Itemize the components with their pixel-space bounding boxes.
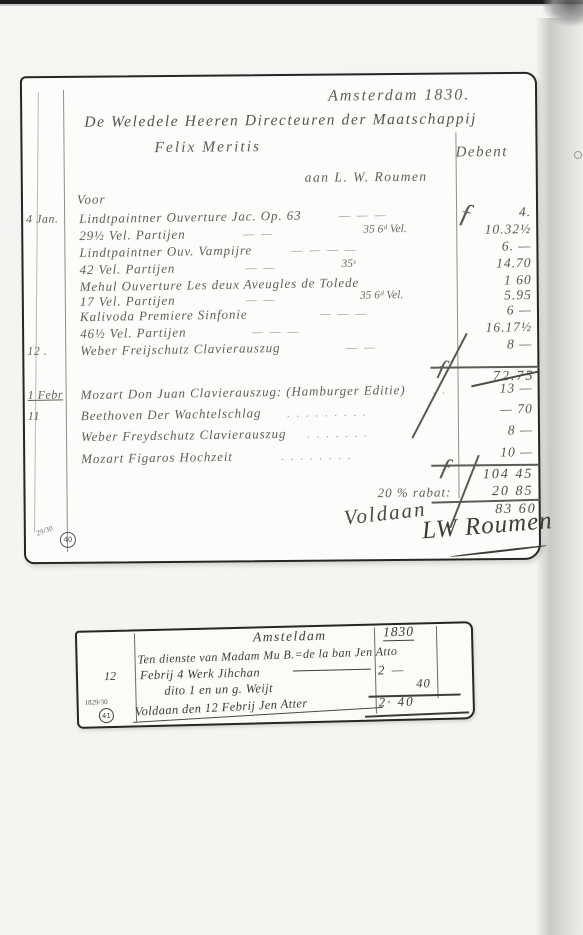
item-amount: 8 — — [465, 422, 533, 439]
slip-place: Amsteldam — [253, 628, 327, 646]
item-desc: Mozart Figaros Hochzeit — [81, 449, 233, 467]
filler-dashes: — — — — [252, 326, 301, 339]
item-note: 35ˢ — [341, 258, 355, 270]
slip-archive-mark: 1829/30 — [85, 698, 108, 707]
archive-stamp-number: 40 — [60, 532, 76, 548]
signature-flourish — [450, 545, 548, 558]
slip-stamp-number: 41 — [99, 708, 114, 723]
item-date: 4 Jan. — [26, 211, 66, 227]
paid-label: Voldaan — [343, 496, 428, 530]
total-amount: 104 45 — [468, 467, 533, 484]
filler-dashes: — — — — [339, 209, 388, 222]
item-amount: 6 — — [464, 302, 532, 319]
item-amount: 13 — — [464, 380, 532, 397]
receipt-slip: Amsteldam 1830 Ten dienste van Madam Mu … — [75, 621, 475, 729]
item-desc: 42 Vel. Partijen — [79, 261, 175, 279]
supplier-line: aan L. W. Roumen — [305, 169, 428, 186]
filler-dots: . . — [433, 384, 447, 396]
item-note: 35 6ᵈ Vel. — [363, 223, 407, 236]
debent-label: Debent — [455, 144, 507, 161]
slip-row-amount: 2· 40 — [379, 693, 457, 711]
item-note: 35 6ᵈ Vel. — [360, 289, 404, 302]
filler-dashes: — — — — [320, 308, 369, 321]
item-amount: — 70 — [465, 401, 533, 418]
item-date: 11 — [28, 408, 68, 424]
item-desc: Mozart Don Juan Clavierauszug: (Hamburge… — [81, 382, 406, 403]
edge-hole-mark — [574, 151, 582, 159]
item-amount: 4. — [463, 204, 531, 221]
item-amount: 8 — — [464, 336, 532, 353]
filler-dashes: — — — [243, 228, 274, 240]
scanned-page: Amsterdam 1830. De Weledele Heeren Direc… — [0, 0, 583, 935]
filler-dots: . . . . . . . — [307, 428, 369, 441]
item-row: Weber Freydschutz Clavierauszug . . . . … — [25, 422, 538, 447]
item-desc: Weber Freydschutz Clavierauszug — [81, 426, 287, 445]
slip-row-text: dito 1 en un g. Weijt — [164, 681, 273, 699]
item-amount: 10.32½ — [463, 221, 531, 238]
item-desc: 29½ Vel. Partijen — [79, 226, 186, 244]
item-amount: 14.70 — [463, 255, 531, 272]
filler-dashes: — — — [245, 262, 276, 274]
item-amount: 16.17½ — [464, 319, 532, 336]
slip-filler-line — [293, 669, 371, 672]
filler-dashes: — — — [346, 341, 377, 353]
slip-row-text: Febrij 4 Werk Jihchan — [140, 665, 260, 683]
item-date: 1 Febr — [28, 387, 68, 403]
addressee-society: Felix Meritis — [154, 138, 261, 157]
item-desc: Kalivoda Premiere Sinfonie — [80, 307, 248, 326]
item-desc: Lindtpaintner Ouv. Vampijre — [79, 242, 252, 261]
item-desc: Weber Freijschutz Clavierauszug — [80, 340, 280, 359]
voor-label: Voor — [77, 192, 106, 208]
slip-row-date: 12 — [104, 669, 116, 684]
archive-page-mark: 29/30 — [35, 523, 54, 537]
invoice-paper: Amsterdam 1830. De Weledele Heeren Direc… — [20, 72, 541, 564]
item-desc: Beethoven Der Wachtelschlag — [81, 405, 262, 424]
filler-dots: . . . . . . . . — [281, 450, 352, 463]
scan-top-edge-shadow — [0, 4, 583, 6]
filler-dashes: — — — [246, 294, 277, 306]
signature: LW Roumen — [421, 507, 554, 545]
filler-dashes: — — — — — [291, 244, 357, 257]
scan-corner-smudge — [543, 0, 583, 26]
addressee-line: De Weledele Heeren Directeuren der Maats… — [84, 110, 477, 131]
slip-year: 1830 — [383, 624, 414, 642]
item-date: 12 . — [27, 343, 67, 359]
place-date: Amsterdam 1830. — [328, 86, 470, 105]
item-amount: 6. — — [463, 238, 531, 255]
filler-dots: . . . . . . . . . — [287, 407, 368, 420]
rabat-amount: 20 85 — [468, 484, 533, 501]
item-desc: 46½ Vel. Partijen — [80, 324, 187, 342]
slip-sub-amount: 40 — [416, 676, 431, 691]
